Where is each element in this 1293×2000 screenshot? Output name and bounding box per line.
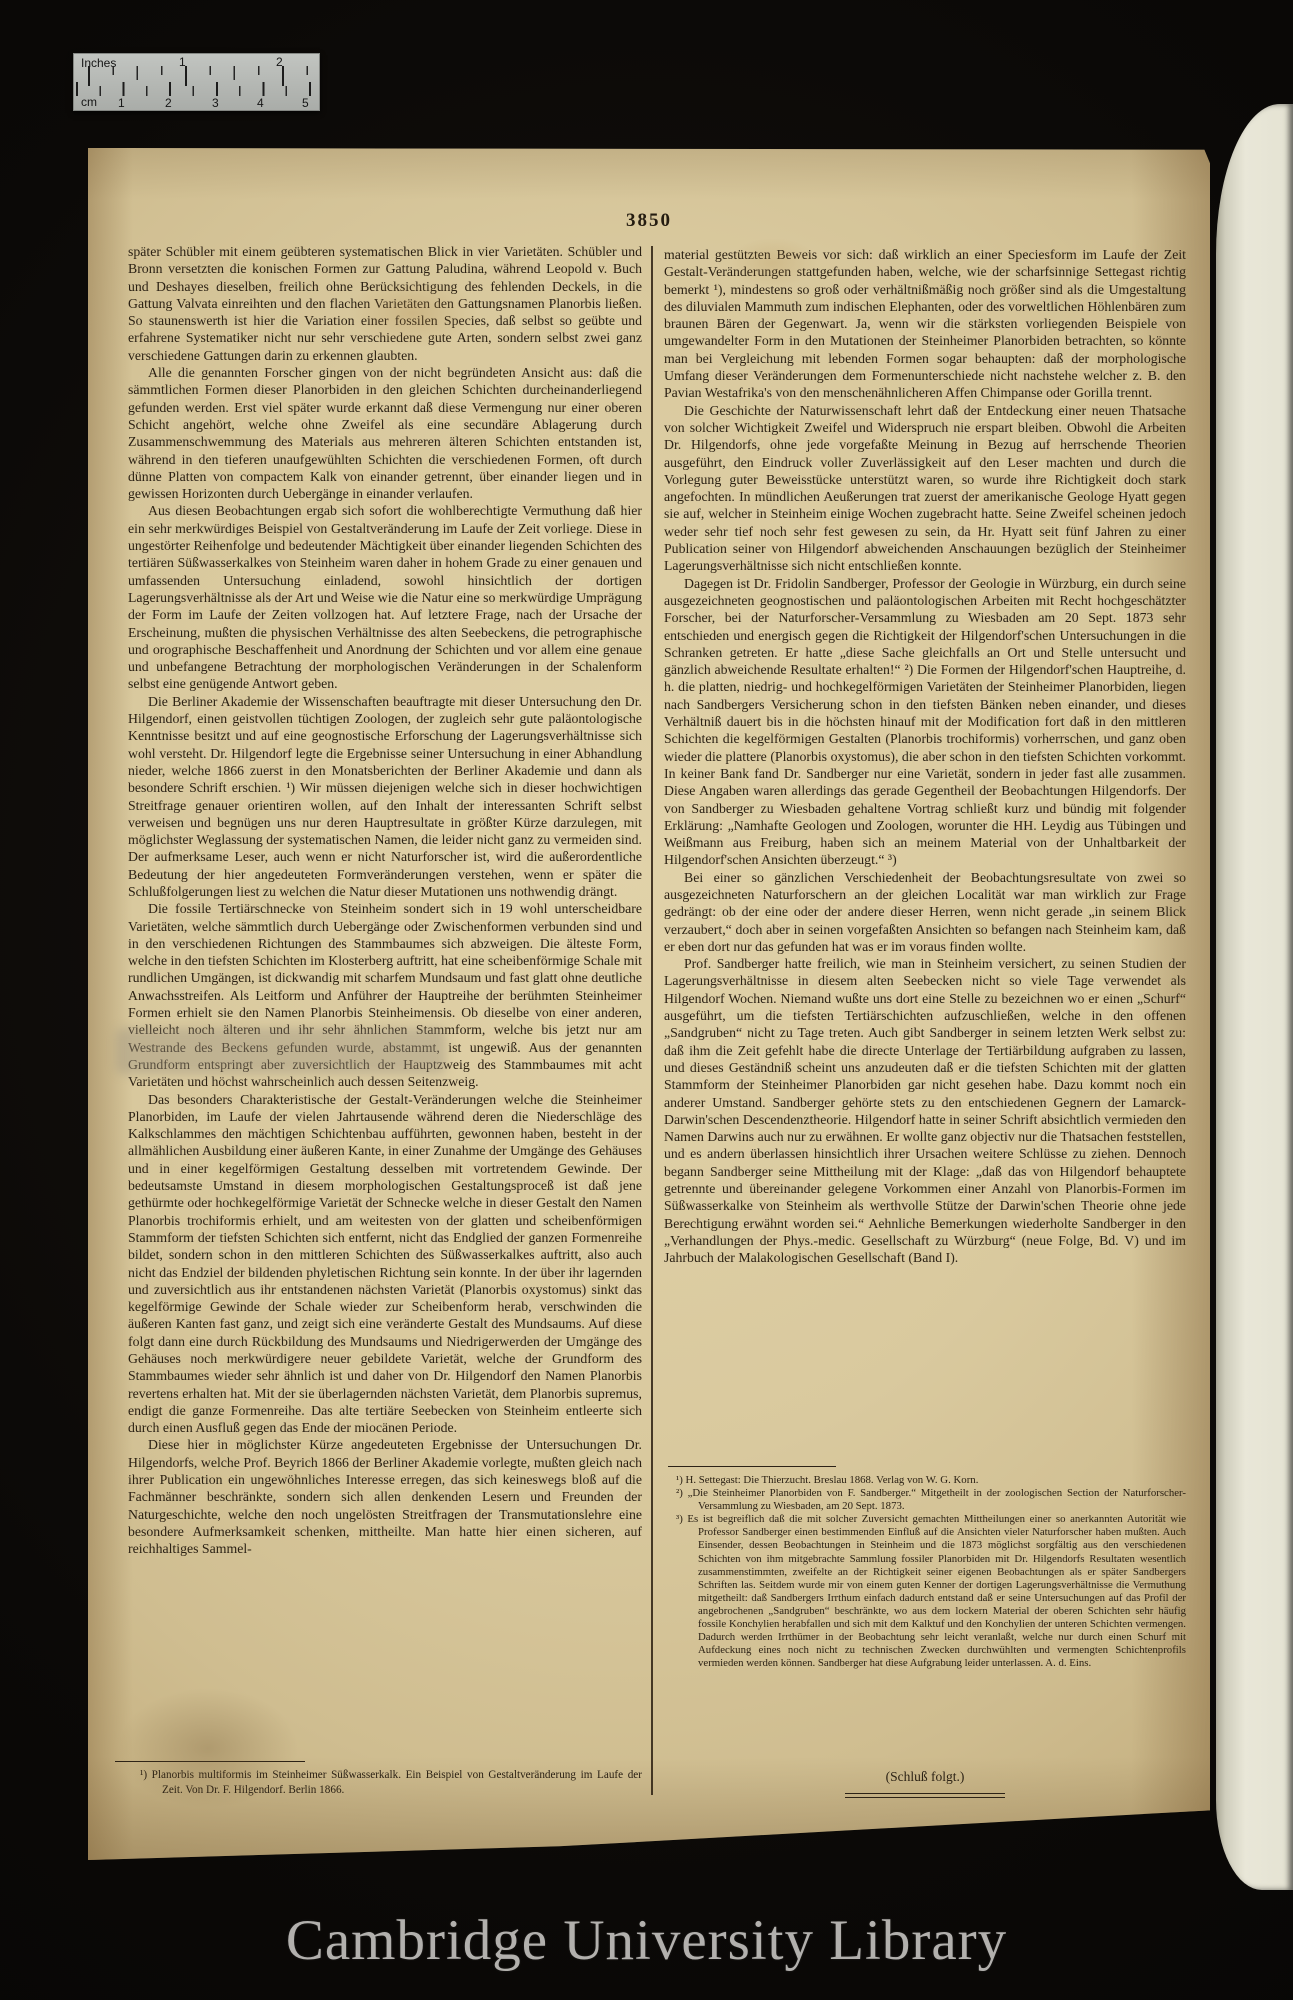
ruler-cm-number-2: 2 bbox=[165, 96, 172, 110]
measurement-ruler: Inches 1 2 cm 1 2 3 4 5 bbox=[73, 53, 320, 111]
fn-item: ¹) H. Settegast: Die Thierzucht. Breslau… bbox=[664, 1474, 1186, 1487]
fn-item: ²) „Die Steinheimer Planorbiden von F. S… bbox=[664, 1487, 1186, 1513]
scan-background: Inches 1 2 cm 1 2 3 4 5 3850 später Schü… bbox=[0, 0, 1293, 2000]
para-item: Die Berliner Akademie der Wissenschaften… bbox=[128, 693, 642, 901]
ruler-cm-label: cm bbox=[81, 95, 97, 109]
scanned-page: 3850 später Schübler mit einem geübteren… bbox=[88, 148, 1210, 1860]
para-item: material gestützten Beweis vor sich: daß… bbox=[664, 246, 1186, 402]
para-item: später Schübler mit einem geübteren syst… bbox=[128, 243, 642, 364]
fn-item: ¹) Planorbis multiformis im Steinheimer … bbox=[128, 1768, 642, 1797]
para-item: Aus diesen Beobachtungen ergab sich sofo… bbox=[128, 502, 642, 692]
fn-item: ³) Es ist begreiflich daß die mit solche… bbox=[664, 1513, 1186, 1670]
right-column: material gestützten Beweis vor sich: daß… bbox=[664, 246, 1186, 1458]
ruler-cm-full-ticks bbox=[76, 82, 314, 96]
right-column-footnotes: ¹) H. Settegast: Die Thierzucht. Breslau… bbox=[664, 1474, 1186, 1762]
ruler-cm-number-3: 3 bbox=[212, 96, 219, 110]
left-column-footnotes: ¹) Planorbis multiformis im Steinheimer … bbox=[128, 1768, 642, 1814]
right-footnote-separator bbox=[668, 1466, 836, 1467]
left-column: später Schübler mit einem geübteren syst… bbox=[128, 243, 642, 1755]
left-footnote-separator bbox=[115, 1761, 305, 1762]
page-number: 3850 bbox=[88, 210, 1210, 232]
adjacent-page-edge bbox=[1216, 104, 1293, 1890]
ruler-cm-number-4: 4 bbox=[257, 96, 264, 110]
ruler-cm-number-5: 5 bbox=[302, 96, 309, 110]
para-item: Alle die genannten Forscher gingen von d… bbox=[128, 364, 642, 502]
para-item: Prof. Sandberger hatte freilich, wie man… bbox=[664, 955, 1186, 1266]
para-item: Das besonders Charakteristische der Gest… bbox=[128, 1091, 642, 1437]
closing-double-rule bbox=[845, 1793, 1005, 1798]
ruler-cm-number-1: 1 bbox=[118, 96, 125, 110]
para-item: Dagegen ist Dr. Fridolin Sandberger, Pro… bbox=[664, 575, 1186, 869]
library-watermark: Cambridge University Library bbox=[0, 1908, 1293, 1973]
para-item: Bei einer so gänzlichen Verschiedenheit … bbox=[664, 869, 1186, 955]
column-divider-rule bbox=[651, 246, 653, 1795]
para-item: Die fossile Tertiärschnecke von Steinhei… bbox=[128, 900, 642, 1090]
para-item: Diese hier in möglichster Kürze angedeut… bbox=[128, 1436, 642, 1557]
para-item: Die Geschichte der Naturwissenschaft leh… bbox=[664, 402, 1186, 575]
closing-line: (Schluß folgt.) bbox=[664, 1769, 1186, 1785]
